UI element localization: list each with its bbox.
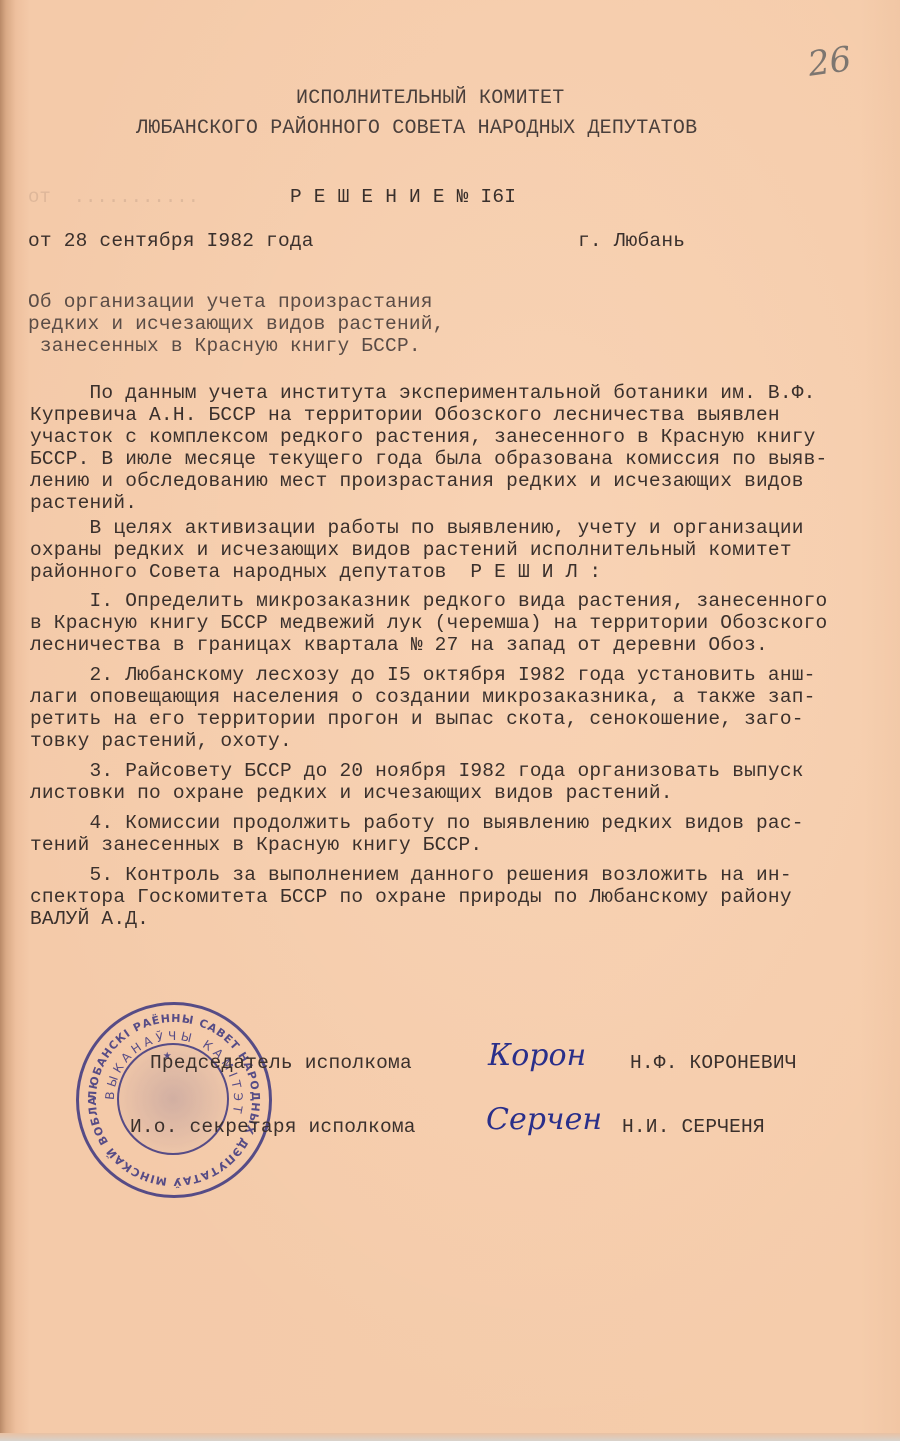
subject-line: занесенных в Красную книгу БССР. — [28, 335, 421, 357]
header-line-1: ИСПОЛНИТЕЛЬНЫЙ КОМИТЕТ — [296, 88, 564, 110]
archive-page-number: 26 — [805, 39, 853, 85]
signatory-title: Председатель исполкома — [150, 1052, 412, 1074]
decision-title: Р Е Ш Е Н И Е № I6I — [290, 186, 516, 208]
document-page: 26 ИСПОЛНИТЕЛЬНЫЙ КОМИТЕТ ЛЮБАНСКОГО РАЙ… — [0, 0, 900, 1441]
paragraph-line: БССР. В июле месяце текущего года была о… — [30, 448, 827, 470]
ghost-typing-impression: от ........... — [28, 186, 313, 208]
paper-bottom-edge — [0, 1433, 900, 1441]
paragraph-line: охраны редких и исчезающих видов растени… — [30, 539, 792, 561]
item-line: 5. Контроль за выполнением данного решен… — [30, 864, 792, 886]
item-line: лесничества в границах квартала № 27 на … — [30, 634, 768, 656]
signatory-name: Н.Ф. КОРОНЕВИЧ — [630, 1052, 797, 1074]
item-line: 2. Любанскому лесхозу до I5 октября I982… — [30, 664, 816, 686]
item-line: спектора Госкомитета БССР по охране прир… — [30, 886, 792, 908]
subject-line: Об организации учета произрастания — [28, 291, 433, 313]
item-line: лаги оповещающия населения о создании ми… — [30, 686, 816, 708]
item-line: ВАЛУЙ А.Д. — [30, 908, 149, 930]
header-line-2: ЛЮБАНСКОГО РАЙОННОГО СОВЕТА НАРОДНЫХ ДЕП… — [136, 118, 697, 140]
signatory-name: Н.И. СЕРЧЕНЯ — [622, 1116, 765, 1138]
paragraph-line: лению и обследованию мест произрастания … — [30, 470, 804, 492]
signatory-title: И.о. секретаря исполкома — [130, 1116, 416, 1138]
item-line: листовки по охране редких и исчезающих в… — [30, 782, 673, 804]
decision-date: от 28 сентября I982 года — [28, 230, 314, 252]
item-line: I. Определить микрозаказник редкого вида… — [30, 590, 827, 612]
paragraph-line: растений. — [30, 492, 137, 514]
item-line: 4. Комиссии продолжить работу по выявлен… — [30, 812, 804, 834]
item-line: 3. Райсовету БССР до 20 ноября I982 года… — [30, 760, 804, 782]
paragraph-line: По данным учета института эксперименталь… — [30, 382, 816, 404]
item-line: товку растений, охоту. — [30, 730, 292, 752]
decision-place: г. Любань — [578, 230, 685, 252]
handwritten-signature: Корон — [488, 1038, 586, 1073]
handwritten-signature: Серчен — [486, 1102, 602, 1137]
paragraph-line: Купревича А.Н. БССР на территории Обозск… — [30, 404, 780, 426]
item-line: тений занесенных в Красную книгу БССР. — [30, 834, 482, 856]
item-line: ретить на его территории прогон и выпас … — [30, 708, 804, 730]
paragraph-line: В целях активизации работы по выявлению,… — [30, 517, 804, 539]
official-seal-stamp: ЛЮБАНСКІ РАЁННЫ САВЕТ НАРОДНЫХ ДЭПУТАТАЎ… — [76, 1002, 272, 1198]
paragraph-line: районного Совета народных депутатов Р Е … — [30, 561, 601, 583]
subject-line: редких и исчезающих видов растений, — [28, 313, 445, 335]
paragraph-line: участок с комплексом редкого растения, з… — [30, 426, 816, 448]
item-line: в Красную книгу БССР медвежий лук (черем… — [30, 612, 827, 634]
